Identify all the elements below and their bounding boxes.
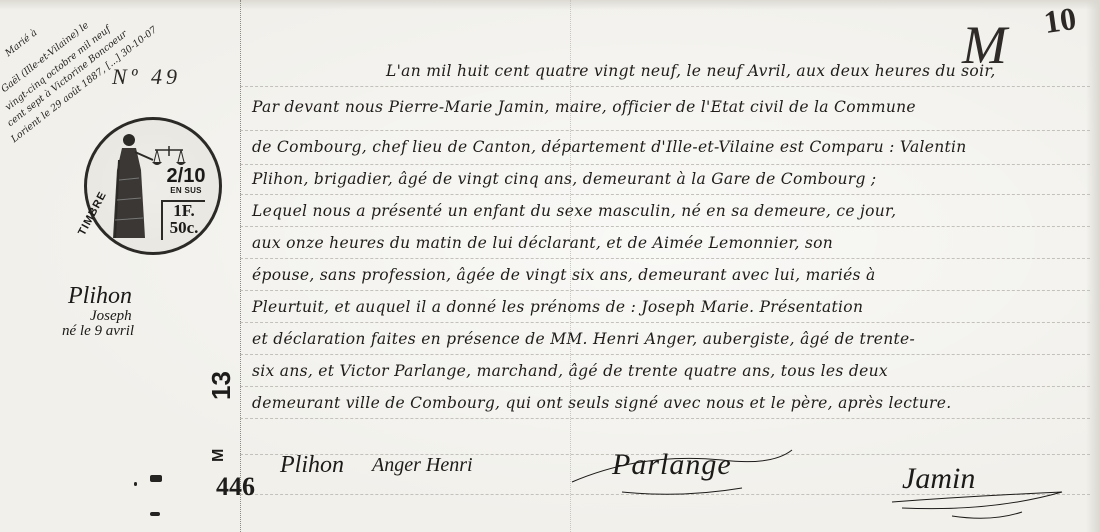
record-line-5: Lequel nous a présenté un enfant du sexe… [252, 202, 1092, 220]
margin-registrant-name: Plihon Joseph né le 9 avril [68, 283, 134, 340]
ruled-line [240, 322, 1090, 323]
register-number: 446 [216, 472, 255, 502]
register-letter-stamp: M [210, 449, 228, 462]
record-line-2: Par devant nous Pierre-Marie Jamin, mair… [252, 98, 1092, 116]
record-line-1: L'an mil huit cent quatre vingt neuf, le… [386, 62, 1086, 80]
ruled-line [240, 386, 1090, 387]
fiscal-stamp: 2/10 EN SUS 1F. 50c. [84, 117, 222, 255]
signature-flourish [562, 442, 802, 502]
record-line-4: Plihon, brigadier, âgé de vingt cinq ans… [252, 170, 1092, 188]
registrant-surname: Plihon [68, 283, 134, 310]
record-line-6: aux onze heures du matin de lui déclaran… [252, 234, 1092, 252]
record-line-3: de Combourg, chef lieu de Canton, départ… [252, 138, 1092, 156]
ruled-line [240, 354, 1090, 355]
ruled-line [240, 226, 1090, 227]
act-number: Nº 49 [112, 64, 181, 90]
ink-smudge [150, 475, 162, 482]
justice-figure-icon [105, 130, 155, 242]
record-line-8: Pleurtuit, et auquel il a donné les prén… [252, 298, 1092, 316]
mayor-flourish [872, 472, 1072, 522]
margin-rule [240, 0, 242, 532]
ruled-line [240, 290, 1090, 291]
register-volume-stamp: 13 [206, 371, 237, 400]
registrant-birth-note: né le 9 avril [62, 323, 134, 340]
ruled-line [240, 418, 1090, 419]
record-line-9: et déclaration faites en présence de MM.… [252, 330, 1092, 348]
ruled-line [240, 86, 1090, 87]
record-line-10: six ans, et Victor Parlange, marchand, â… [252, 362, 1092, 380]
record-line-11: demeurant ville de Combourg, qui ont seu… [252, 394, 1092, 412]
ruled-line [240, 164, 1090, 165]
ruled-line [240, 130, 1090, 131]
signature-father: Plihon [280, 452, 344, 479]
ink-smudge [134, 482, 137, 486]
margin-note-line: Marié à [3, 27, 39, 59]
scan-edge-top [0, 0, 1100, 10]
ruled-line [240, 258, 1090, 259]
ink-smudge [150, 512, 160, 516]
register-page: Marié à Gaël (Ille-et-Vilaine) le vingt-… [0, 0, 1100, 532]
signature-witness-anger: Anger Henri [372, 454, 473, 477]
folio-number: 10 [1042, 0, 1079, 41]
record-line-7: épouse, sans profession, âgée de vingt s… [252, 266, 1092, 284]
stamp-surcharge: 2/10 EN SUS [163, 166, 209, 195]
stamp-value: 1F. 50c. [161, 200, 205, 240]
ruled-line [240, 194, 1090, 195]
signature-block: Plihon Anger Henri Parlange Jamin [262, 452, 1092, 522]
